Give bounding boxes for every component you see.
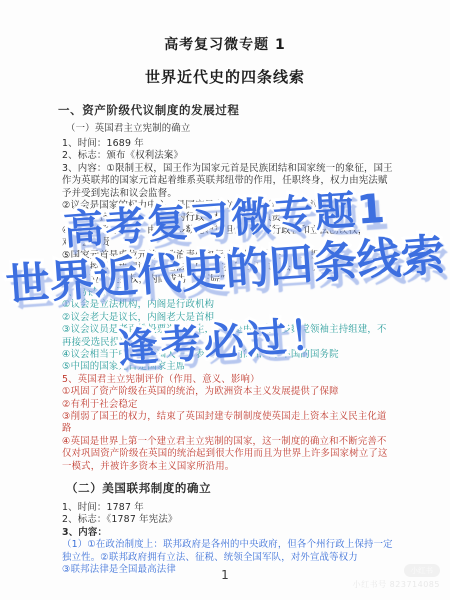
page-title: 高考复习微专题 1 [0, 34, 450, 54]
doc-line: ④首相是政府首脑，由议会多数党领袖担任，掌握行政权和立法创议权， [62, 225, 400, 237]
doc-line: 独立性。②联邦政府拥有立法、征税、统领全国军队，对外宣战等权力 [62, 552, 400, 564]
doc-line: ①巩固了资产阶级在英国的统治，为欧洲资本主义发展提供了保障 [62, 386, 400, 398]
doc-line: 5、英国君主立宪制评价（作用、意义、影响） [62, 374, 400, 386]
doc-line: ②有利于社会稳定 [62, 399, 400, 411]
doc-line: 仅对巩固资产阶级在英国的统治起到很大作用而且为世界上许多国家树立了这 [62, 448, 400, 460]
doc-line: 再接受选民投票。 [62, 337, 400, 349]
doc-line: 3、内容： [62, 527, 400, 539]
doc-line: 作为英联邦的国家元首起着维系英联邦纽带的作用，任职终身，权力由宪法赋 [62, 175, 400, 187]
doc-line: 一模式，并被许多资本主义国家所沿用。 [62, 461, 400, 473]
doc-line: ③削弱了国王的权力，结束了英国封建专制制度使英国走上资本主义民主化道 [62, 411, 400, 423]
doc-line: （一）英国君主立宪制的确立 [66, 122, 400, 135]
doc-line: 予并受到宪法和议会监督。 [62, 188, 400, 200]
doc-line: 2、标志：颁布《权利法案》 [62, 150, 400, 162]
doc-line: ②议会老大是议长，内阁老大是首相 [62, 312, 400, 324]
doc-line: 1、时间：1787 年 [62, 502, 400, 514]
doc-line: 1、时间：1689 年 [62, 138, 400, 150]
doc-line: ②议会是国家的权力中心，是国家最高立法机关（内阁要对议会负责） [62, 200, 400, 212]
doc-line: ③议会议员是老百姓投票选举产生，内阁是由议会中多数党领袖主持组建，不 [62, 324, 400, 336]
page-subtitle: 世界近代史的四条线索 [0, 66, 450, 87]
doc-line: 垄断了立法提案权，内阁成为“第三院” [62, 274, 400, 286]
document-title-block: 高考复习微专题 1 世界近代史的四条线索 [0, 0, 450, 87]
doc-line: 路 [62, 423, 400, 435]
doc-line: ③内阁掌握行政权，是国家的行政中枢，对议会负责 [62, 212, 400, 224]
xiaohongshu-id: 小红书号 823714085 [353, 579, 440, 590]
doc-line: 一、资产阶级代议制度的发展过程 [58, 103, 400, 117]
doc-line: 3、内容：①限制王权，国王作为国家元首是民族团结和国家统一的象征，国王 [62, 163, 400, 175]
corner-watermark: 小红书 小红书号 823714085 [353, 558, 440, 590]
doc-line: ⑤中国的国家元首是国家主席 [62, 361, 400, 373]
xiaohongshu-badge: 小红书 [404, 564, 441, 577]
document-body: 一、资产阶级代议制度的发展过程（一）英国君主立宪制的确立1、时间：1689 年2… [0, 103, 450, 576]
doc-line: ①议会是立法机构，内阁是行政机构 [62, 299, 400, 311]
doc-line: （1）①在政治制度上：联邦政府是各州的中央政府，但各个州行政上保持一定 [62, 539, 400, 551]
doc-line: ⑥内阁控制并协调议会的立法程序，掌握行政权和立法创议权，逐渐 [62, 262, 400, 274]
doc-line: 2、标志：《1787 年宪法》 [62, 514, 400, 526]
doc-line: （二）美国联邦制度的确立 [66, 481, 400, 495]
doc-line: ⑤国家元首是虚位元首，政治责任和行政责任由中央内阁承担 [62, 250, 400, 262]
doc-line: 对议会负责 [62, 237, 400, 249]
doc-line: ④英国是世界上第一个建立君主立宪制的国家，这一制度的确立和不断完善不 [62, 436, 400, 448]
doc-line: 4、易错易混区分： [62, 287, 400, 299]
document-page: 高考复习微专题 1 世界近代史的四条线索 一、资产阶级代议制度的发展过程（一）英… [0, 0, 450, 600]
doc-line: ④议会相当于中国的全国人民代表大会，内阁相当于中国的国务院 [62, 349, 400, 361]
